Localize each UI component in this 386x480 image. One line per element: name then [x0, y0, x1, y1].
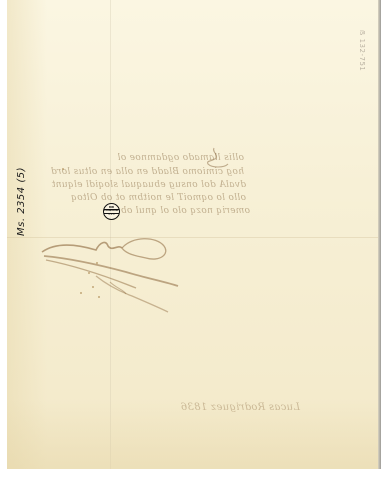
library-stamp: BIB MAGAZINE 0.1.4	[103, 203, 120, 220]
signature-flourish-icon	[36, 232, 186, 322]
stamp-bottom-text: 0.1.4	[108, 214, 114, 216]
ink-speck	[98, 296, 100, 298]
bleed-through-line-5: omeriq nozq olo ol qnul ob	[60, 206, 250, 216]
bleed-through-line-2: hog cimiomo Bladd en olla en oltus lord	[34, 167, 244, 177]
ink-speck	[88, 272, 90, 274]
call-number-container: Ms. 2354 (5)	[16, 236, 28, 316]
page-edge-shadow	[378, 0, 381, 469]
bottom-note: Lucas Rodriguez 1836	[190, 402, 300, 413]
ink-speck	[96, 262, 98, 264]
ink-speck	[62, 168, 64, 170]
margin-note: ẞ 132-751	[358, 30, 366, 71]
ink-speck	[92, 286, 94, 288]
call-number: Ms. 2354 (5)	[16, 167, 27, 236]
ink-speck	[80, 292, 82, 294]
bleed-through-line-3: dvalA dol onsug ebuaqual sloqidl elqunt	[36, 180, 246, 190]
bleed-through-line-4: ollo lo oqmoiT le noitbm ot ob Oltoq	[36, 193, 246, 203]
bleed-through-line-1: ollis llamado ogdamnoe ol	[44, 153, 244, 163]
